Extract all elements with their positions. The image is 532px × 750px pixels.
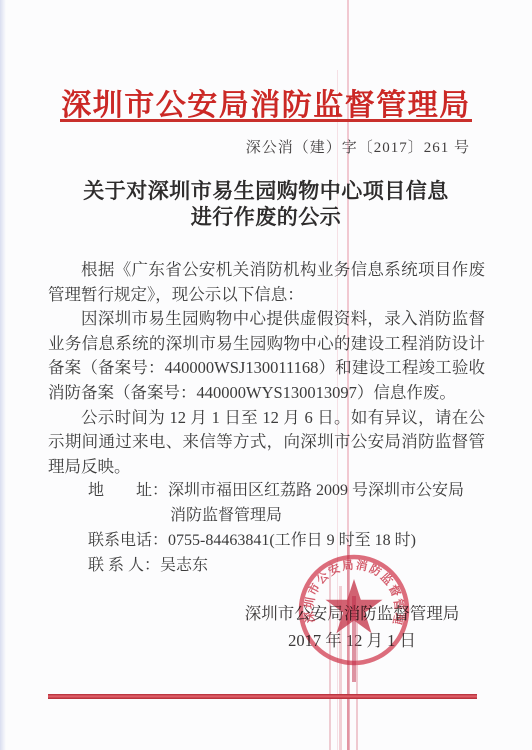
official-notice-page: 深圳市公安局消防监督管理局 深公消（建）字〔2017〕261 号 关于对深圳市易… — [0, 0, 532, 750]
contact-phone: 联系电话：0755-84463841(工作日 9 时至 18 时) — [88, 528, 478, 553]
footer-rule — [48, 694, 477, 699]
document-number: 深公消（建）字〔2017〕261 号 — [246, 136, 470, 157]
notice-title-line2: 进行作废的公示 — [0, 204, 532, 230]
contact-address-line2: 消防监督管理局 — [88, 503, 478, 528]
notice-body: 根据《广东省公安机关消防机构业务信息系统项目作废管理暂行规定》，现公示以下信息：… — [48, 258, 485, 479]
notice-title: 关于对深圳市易生园购物中心项目信息 进行作废的公示 — [0, 178, 532, 230]
stamp-ink-smear — [329, 562, 331, 750]
paragraph-publicity-period: 公示时间为 12 月 1 日至 12 月 6 日。如有异议，请在公示期间通过来电… — [48, 406, 485, 480]
contact-block: 地 址：深圳市福田区红荔路 2009 号深圳市公安局 消防监督管理局 联系电话：… — [88, 478, 478, 578]
contact-address-line1: 地 址：深圳市福田区红荔路 2009 号深圳市公安局 — [88, 478, 478, 503]
contact-person: 联 系 人：吴志东 — [88, 553, 478, 578]
stamp-ink-smear — [356, 620, 358, 750]
letterhead-divider-rule — [60, 119, 472, 122]
notice-title-line1: 关于对深圳市易生园购物中心项目信息 — [0, 178, 532, 204]
paragraph-basis: 根据《广东省公安机关消防机构业务信息系统项目作废管理暂行规定》，现公示以下信息： — [48, 258, 485, 307]
paragraph-invalidation: 因深圳市易生园购物中心提供虚假资料，录入消防监督业务信息系统的深圳市易生园购物中… — [48, 307, 485, 405]
stamp-ink-smear — [347, 545, 350, 750]
stamp-ink-smear — [339, 586, 342, 750]
agency-letterhead: 深圳市公安局消防监督管理局 — [0, 80, 532, 124]
